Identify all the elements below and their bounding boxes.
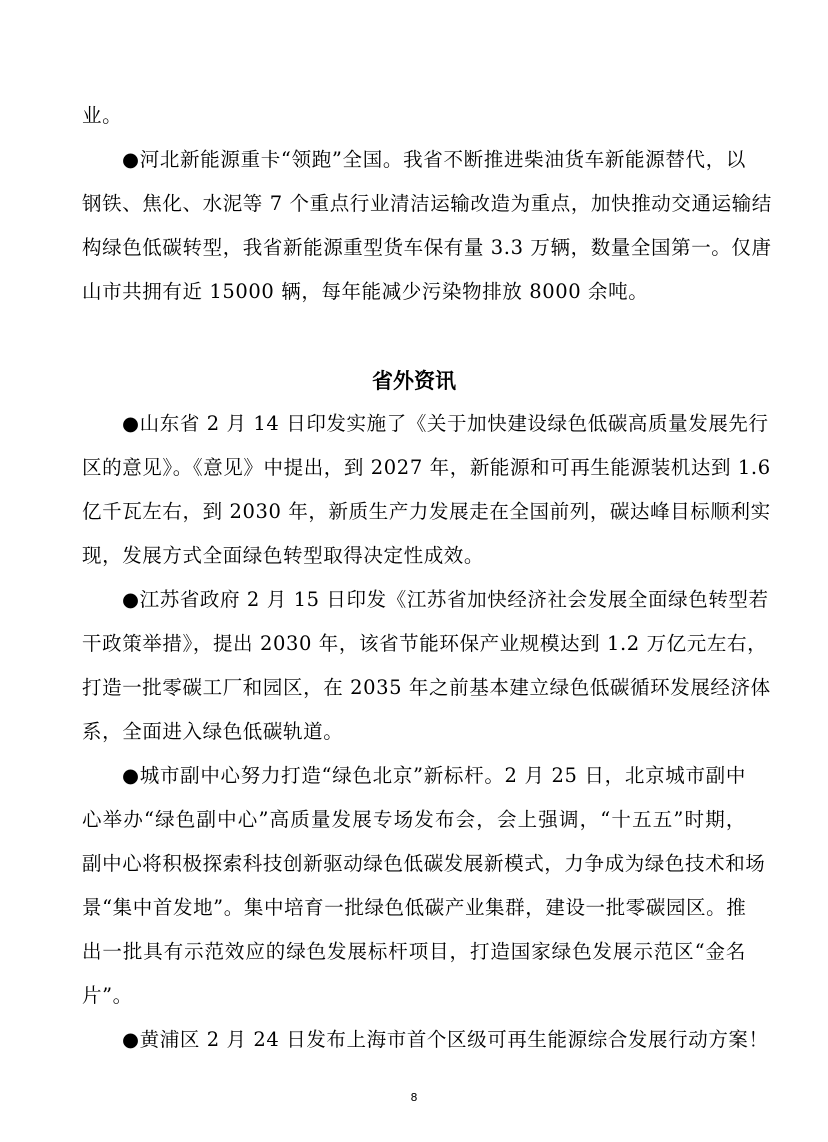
paragraph-line: 现，发展方式全面绿色转型取得决定性成效。 [82,544,746,568]
paragraph-line: 山市共拥有近 15000 辆，每年能减少污染物排放 8000 余吨。 [82,280,746,304]
page-number: 8 [0,1091,828,1104]
paragraph-line: ●山东省 2 月 14 日印发实施了《关于加快建设绿色低碳高质量发展先行 [122,412,746,436]
paragraph-line: 区的意见》。《意见》中提出，到 2027 年，新能源和可再生能源装机达到 1.6 [82,456,746,480]
paragraph-line: 打造一批零碳工厂和园区，在 2035 年之前基本建立绿色低碳循环发展经济体 [82,676,746,700]
paragraph-line: 景“集中首发地”。集中培育一批绿色低碳产业集群，建设一批零碳园区。推 [82,896,746,920]
paragraph-line: 干政策举措》，提出 2030 年，该省节能环保产业规模达到 1.2 万亿元左右， [82,632,746,656]
section-title: 省外资讯 [0,368,828,394]
paragraph-line: 片”。 [82,984,746,1008]
paragraph-line: ●河北新能源重卡“领跑”全国。我省不断推进柴油货车新能源替代，以 [122,148,746,172]
paragraph-line: ●城市副中心努力打造“绿色北京”新标杆。2 月 25 日，北京城市副中 [122,764,746,788]
paragraph-line: 钢铁、焦化、水泥等 7 个重点行业清洁运输改造为重点，加快推动交通运输结 [82,192,746,216]
paragraph-line: 副中心将积极探索科技创新驱动绿色低碳发展新模式，力争成为绿色技术和场 [82,852,746,876]
paragraph-line: 出一批具有示范效应的绿色发展标杆项目，打造国家绿色发展示范区“金名 [82,940,746,964]
document-page: 业。 ●河北新能源重卡“领跑”全国。我省不断推进柴油货车新能源替代，以 钢铁、焦… [0,0,828,1142]
paragraph-line: ●黄浦区 2 月 24 日发布上海市首个区级可再生能源综合发展行动方案！ [122,1028,746,1052]
paragraph-line: 心举办“绿色副中心”高质量发展专场发布会，会上强调，“十五五”时期， [82,808,746,832]
paragraph-line: 构绿色低碳转型，我省新能源重型货车保有量 3.3 万辆，数量全国第一。仅唐 [82,236,746,260]
paragraph-line: 系，全面进入绿色低碳轨道。 [82,720,746,744]
paragraph-line: ●江苏省政府 2 月 15 日印发《江苏省加快经济社会发展全面绿色转型若 [122,588,746,612]
paragraph-line: 亿千瓦左右，到 2030 年，新质生产力发展走在全国前列，碳达峰目标顺利实 [82,500,746,524]
paragraph-line: 业。 [82,104,746,128]
